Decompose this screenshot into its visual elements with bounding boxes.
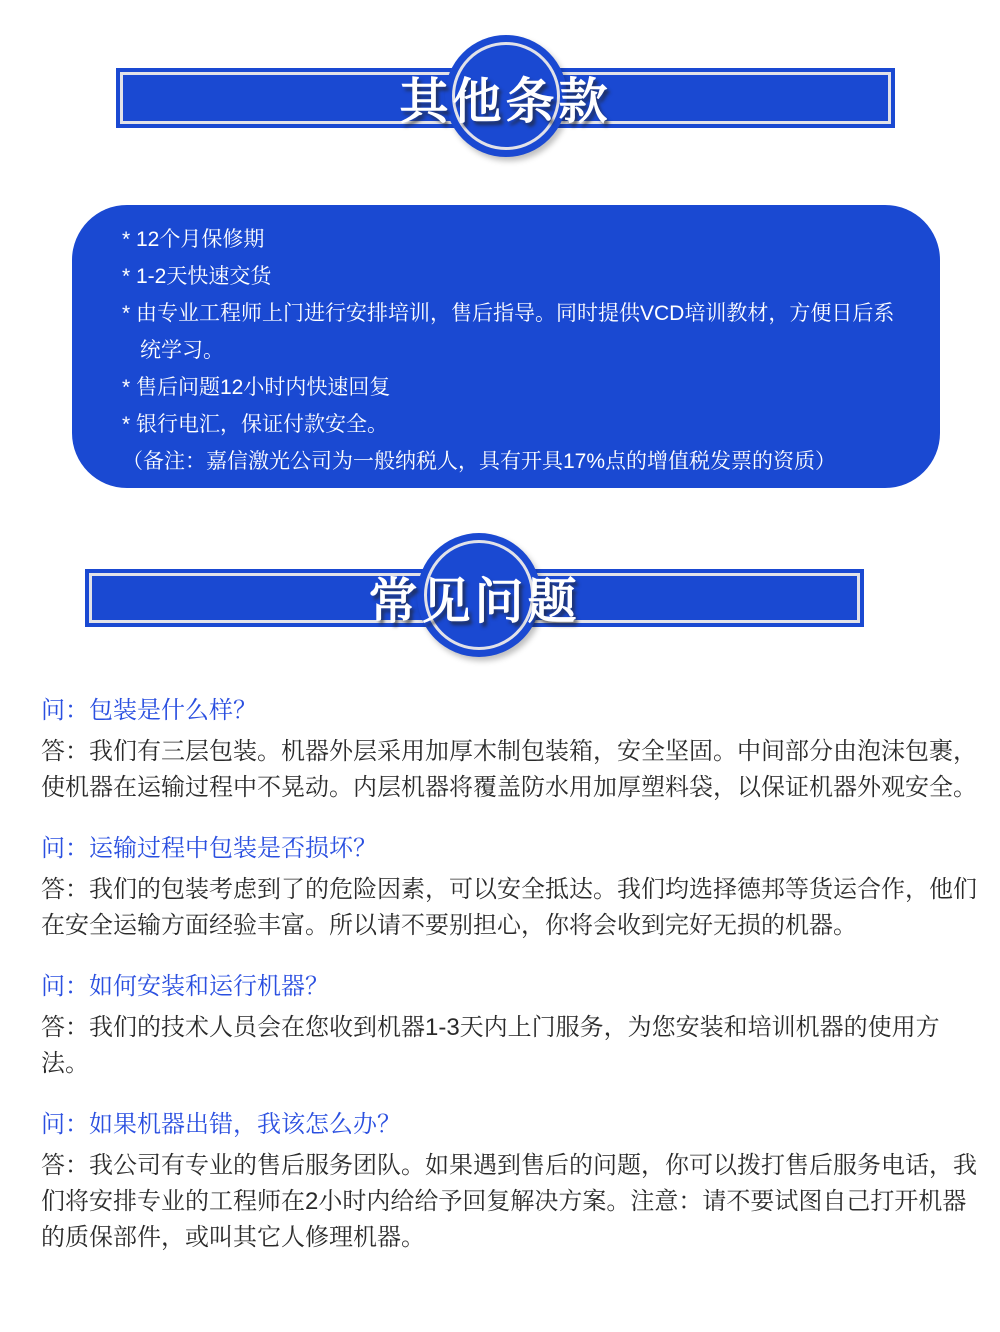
faq-item: 问：如果机器出错，我该怎么办？ 答：我公司有专业的售后服务团队。如果遇到售后的问… — [41, 1108, 978, 1256]
faq-answer: 答：我公司有专业的售后服务团队。如果遇到售后的问题，你可以拨打售后服务电话，我们… — [41, 1148, 978, 1256]
term-item: * 由专业工程师上门进行安排培训，售后指导。同时提供VCD培训教材，方便日后系统… — [122, 295, 900, 369]
faq-question: 问：包装是什么样？ — [41, 694, 978, 728]
terms-banner-title: 其他条款 — [116, 68, 895, 128]
faq-question: 问：如果机器出错，我该怎么办？ — [41, 1108, 978, 1142]
term-note: （备注：嘉信激光公司为一般纳税人，具有开具17%点的增值税发票的资质） — [122, 443, 900, 480]
faq-answer: 答：我们的技术人员会在您收到机器1-3天内上门服务，为您安装和培训机器的使用方法… — [41, 1010, 978, 1082]
faq-item: 问：包装是什么样？ 答：我们有三层包装。机器外层采用加厚木制包装箱，安全坚固。中… — [41, 694, 978, 806]
term-item: * 售后问题12小时内快速回复 — [122, 369, 900, 406]
faq-item: 问：如何安装和运行机器？ 答：我们的技术人员会在您收到机器1-3天内上门服务，为… — [41, 970, 978, 1082]
faq-answer: 答：我们的包装考虑到了的危险因素，可以安全抵达。我们均选择德邦等货运合作，他们在… — [41, 872, 978, 944]
faq-answer: 答：我们有三层包装。机器外层采用加厚木制包装箱，安全坚固。中间部分由泡沫包裹，使… — [41, 734, 978, 806]
faq-question: 问：运输过程中包装是否损坏？ — [41, 832, 978, 866]
faq-section: 问：包装是什么样？ 答：我们有三层包装。机器外层采用加厚木制包装箱，安全坚固。中… — [41, 694, 978, 1282]
term-item: * 1-2天快速交货 — [122, 258, 900, 295]
faq-question: 问：如何安装和运行机器？ — [41, 970, 978, 1004]
faq-banner-title: 常见问题 — [85, 569, 864, 627]
faq-item: 问：运输过程中包装是否损坏？ 答：我们的包装考虑到了的危险因素，可以安全抵达。我… — [41, 832, 978, 944]
term-item: * 12个月保修期 — [122, 221, 900, 258]
term-item: * 银行电汇，保证付款安全。 — [122, 406, 900, 443]
terms-box: * 12个月保修期 * 1-2天快速交货 * 由专业工程师上门进行安排培训，售后… — [72, 205, 940, 488]
product-detail-page: 其他条款 * 12个月保修期 * 1-2天快速交货 * 由专业工程师上门进行安排… — [0, 0, 1000, 1332]
